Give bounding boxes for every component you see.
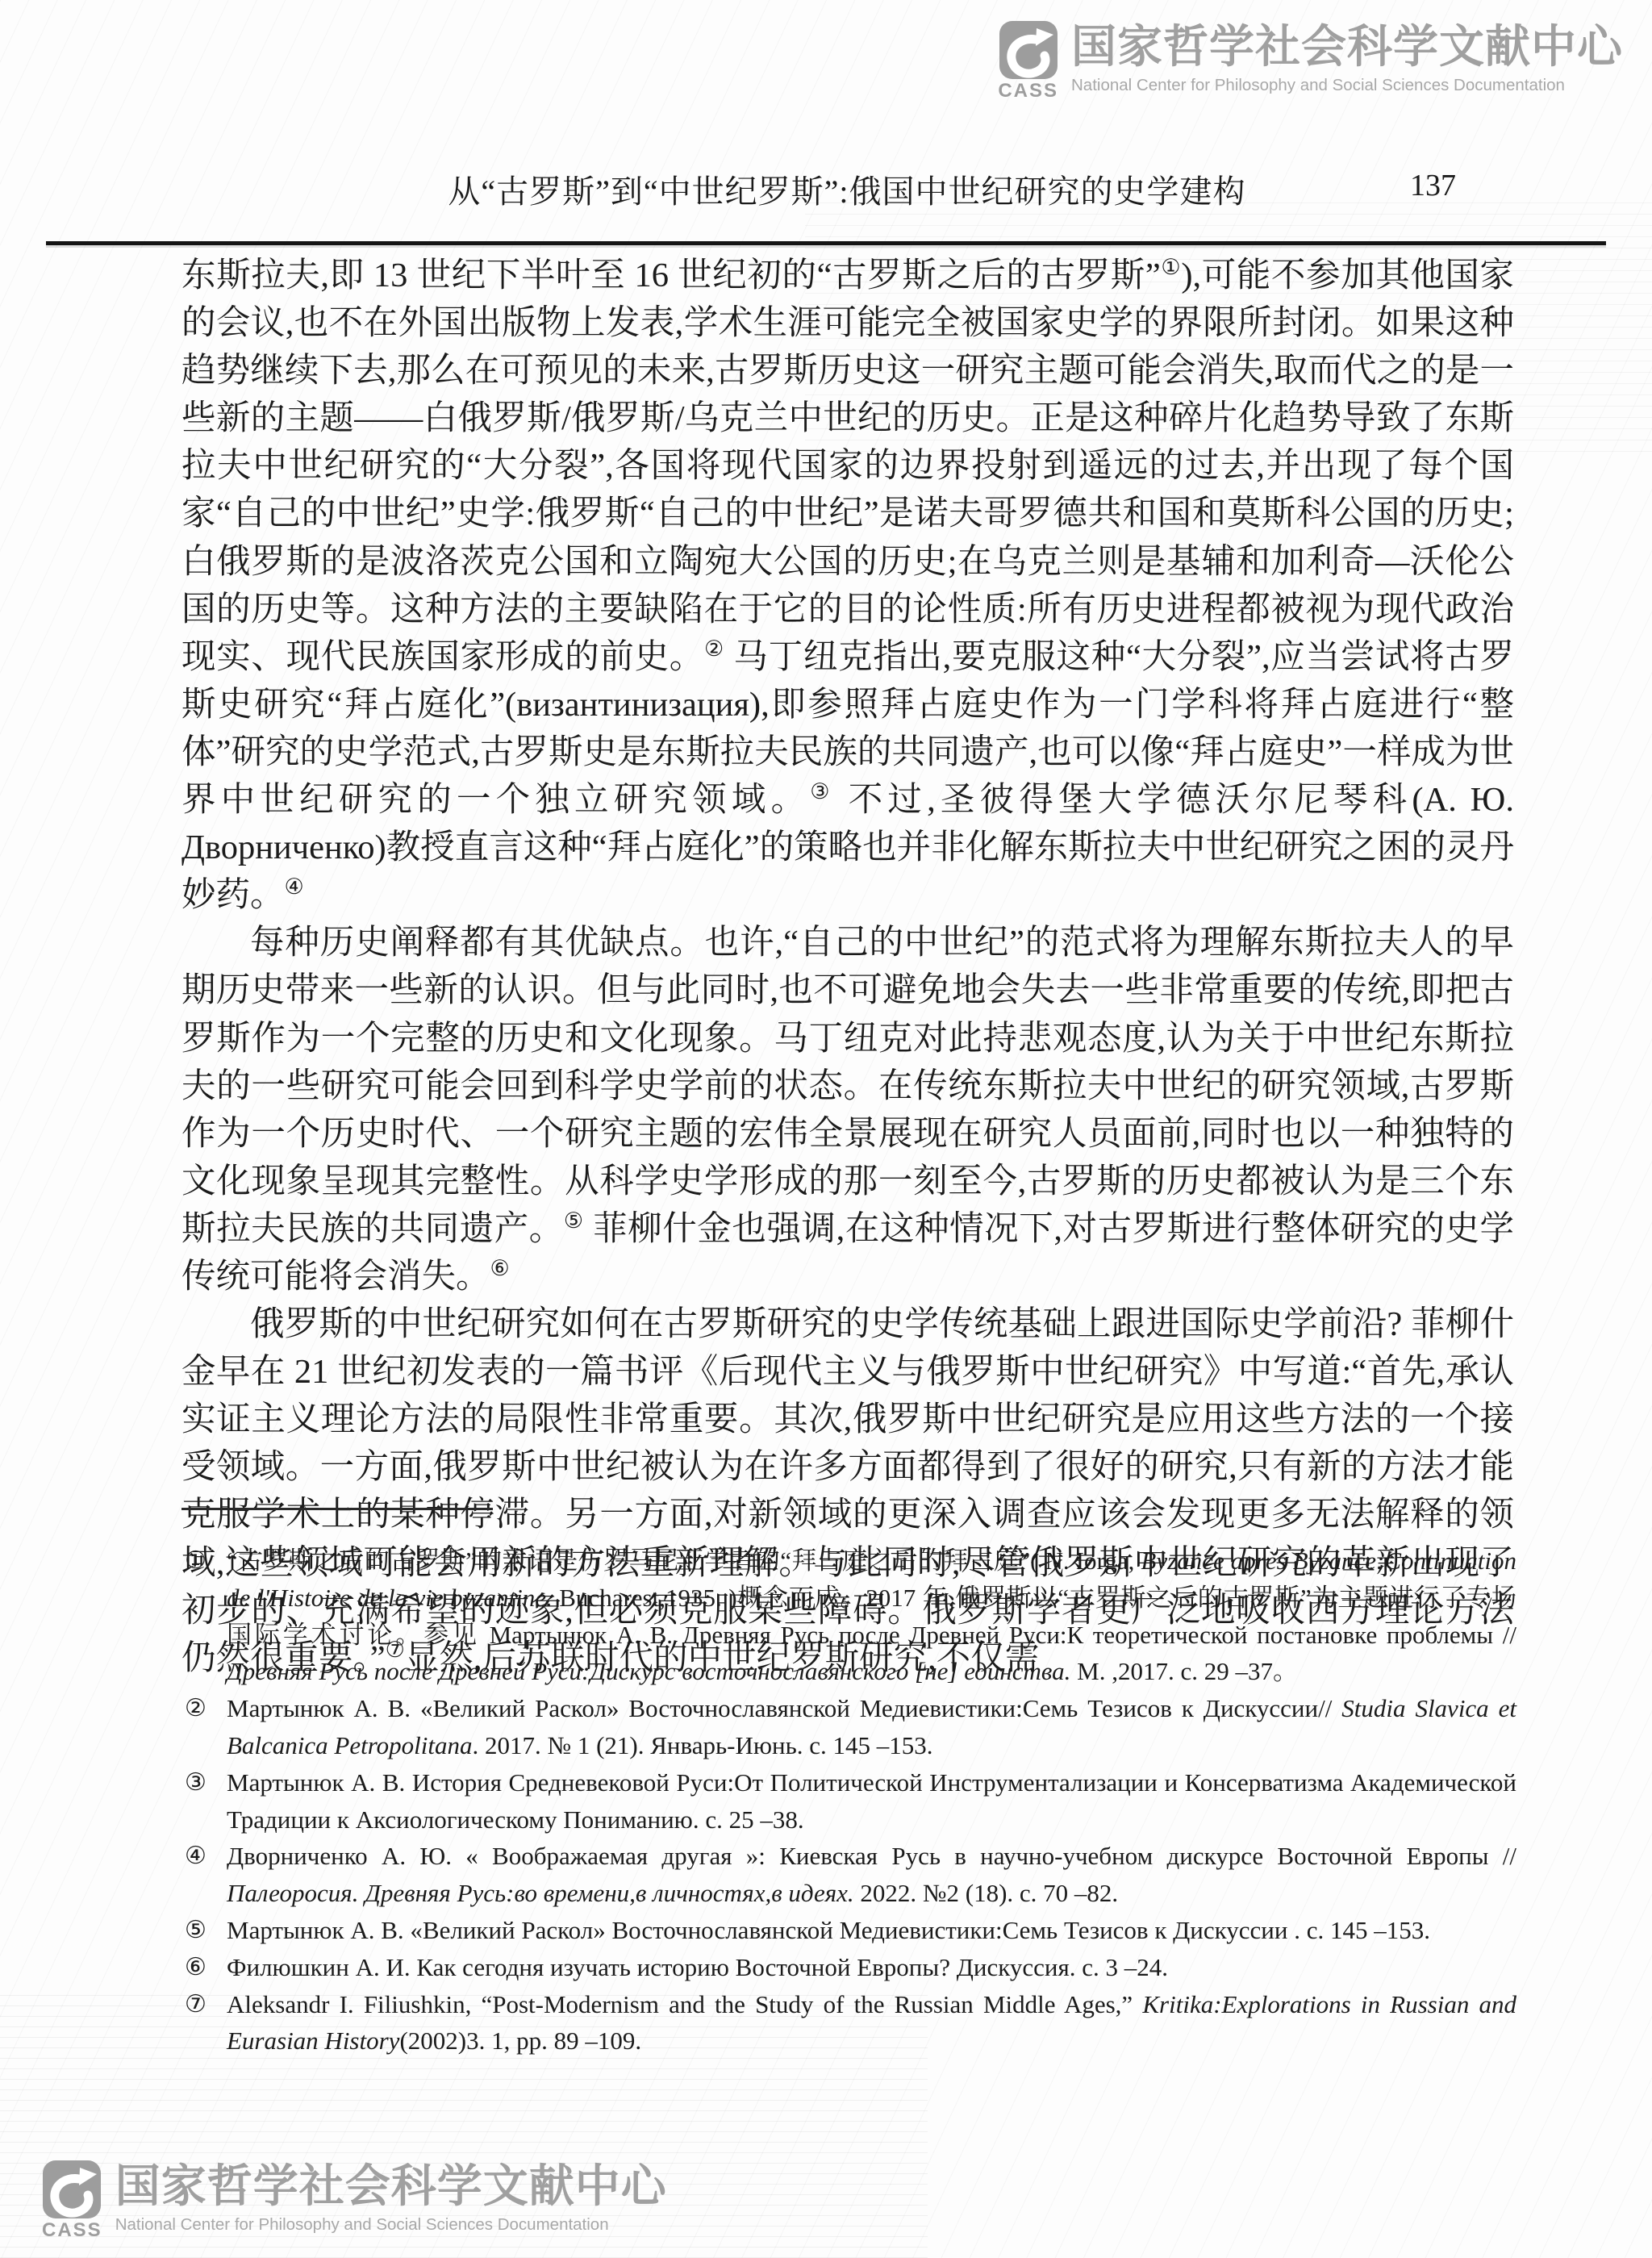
cass-logo-icon (43, 2160, 101, 2218)
footnote-item: ⑤Мартынюк А. В. «Великий Раскол» Восточн… (181, 1912, 1516, 1949)
footnote-ref: ④ (285, 874, 304, 899)
cass-logo-icon (999, 21, 1058, 79)
footnote-text: Мартынюк А. В. История Средневековой Рус… (227, 1764, 1516, 1839)
footnote-marker: ⑥ (181, 1949, 227, 1986)
footnotes-list: ①“古罗斯之后的古罗斯”的术语是仿罗马尼亚学者的“拜占庭之后的拜占庭”( N. … (181, 1542, 1516, 2060)
footnote-marker: ② (181, 1690, 227, 1764)
footnote-ref: ② (704, 636, 724, 661)
footnote-text: Филюшкин А. И. Как сегодня изучать истор… (227, 1949, 1516, 1986)
footnote-item: ⑥Филюшкин А. И. Как сегодня изучать исто… (181, 1949, 1516, 1986)
footnote-marker: ⑤ (181, 1912, 227, 1949)
running-title: 从“古罗斯”到“中世纪罗斯”:俄国中世纪研究的史学建构 (181, 166, 1512, 212)
footnote-item: ④Дворниченко А. Ю. « Воображаемая другая… (181, 1838, 1516, 1912)
footnote-marker: ① (181, 1542, 227, 1690)
cass-logo-bottom: CASS 国家哲学社会科学文献中心 National Center for Ph… (42, 2160, 667, 2242)
body-paragraphs: 东斯拉夫,即 13 世纪下半叶至 16 世纪初的“古罗斯之后的古罗斯”①),可能… (181, 252, 1514, 1682)
page-header: 从“古罗斯”到“中世纪罗斯”:俄国中世纪研究的史学建构 137 (181, 166, 1512, 211)
footnote-item: ①“古罗斯之后的古罗斯”的术语是仿罗马尼亚学者的“拜占庭之后的拜占庭”( N. … (181, 1542, 1516, 1690)
cass-abbr-label: CASS (998, 80, 1058, 102)
footnote-text: Мартынюк А. В. «Великий Раскол» Восточно… (227, 1912, 1516, 1949)
footnote-ref: ⑤ (564, 1208, 584, 1233)
footnote-item: ③Мартынюк А. В. История Средневековой Ру… (181, 1764, 1516, 1839)
body-paragraph: 东斯拉夫,即 13 世纪下半叶至 16 世纪初的“古罗斯之后的古罗斯”①),可能… (181, 252, 1514, 919)
cass-logo-top: CASS 国家哲学社会科学文献中心 National Center for Ph… (998, 21, 1623, 102)
footnote-text: Мартынюк А. В. «Великий Раскол» Восточно… (227, 1690, 1516, 1764)
footnote-marker: ③ (181, 1764, 227, 1839)
cass-name-en: National Center for Philosophy and Socia… (1071, 76, 1623, 95)
journal-page: CASS 国家哲学社会科学文献中心 National Center for Ph… (0, 0, 1652, 2258)
footnote-item: ⑦Aleksandr I. Filiushkin, “Post-Modernis… (181, 1986, 1516, 2060)
cass-name-cn: 国家哲学社会科学文献中心 (1071, 21, 1623, 73)
footnote-text: Aleksandr I. Filiushkin, “Post-Modernism… (227, 1986, 1516, 2060)
cass-name-cn: 国家哲学社会科学文献中心 (115, 2160, 667, 2212)
footnote-item: ②Мартынюк А. В. «Великий Раскол» Восточн… (181, 1690, 1516, 1764)
cass-abbr-label: CASS (42, 2219, 102, 2242)
footnote-text: “古罗斯之后的古罗斯”的术语是仿罗马尼亚学者的“拜占庭之后的拜占庭”( N. I… (227, 1542, 1516, 1690)
footnote-ref: ① (1161, 255, 1182, 279)
footnote-text: Дворниченко А. Ю. « Воображаемая другая … (227, 1838, 1516, 1912)
page-number: 137 (1410, 168, 1456, 203)
footnote-ref: ⑥ (490, 1256, 510, 1280)
footnote-divider (181, 1508, 493, 1510)
footnote-ref: ③ (810, 779, 835, 803)
body-paragraph: 每种历史阐释都有其优缺点。也许,“自己的中世纪”的范式将为理解东斯拉夫人的早期历… (181, 919, 1514, 1300)
cass-name-en: National Center for Philosophy and Socia… (115, 2215, 667, 2235)
header-divider (46, 241, 1606, 245)
footnote-marker: ⑦ (181, 1986, 227, 2060)
footnote-marker: ④ (181, 1838, 227, 1912)
